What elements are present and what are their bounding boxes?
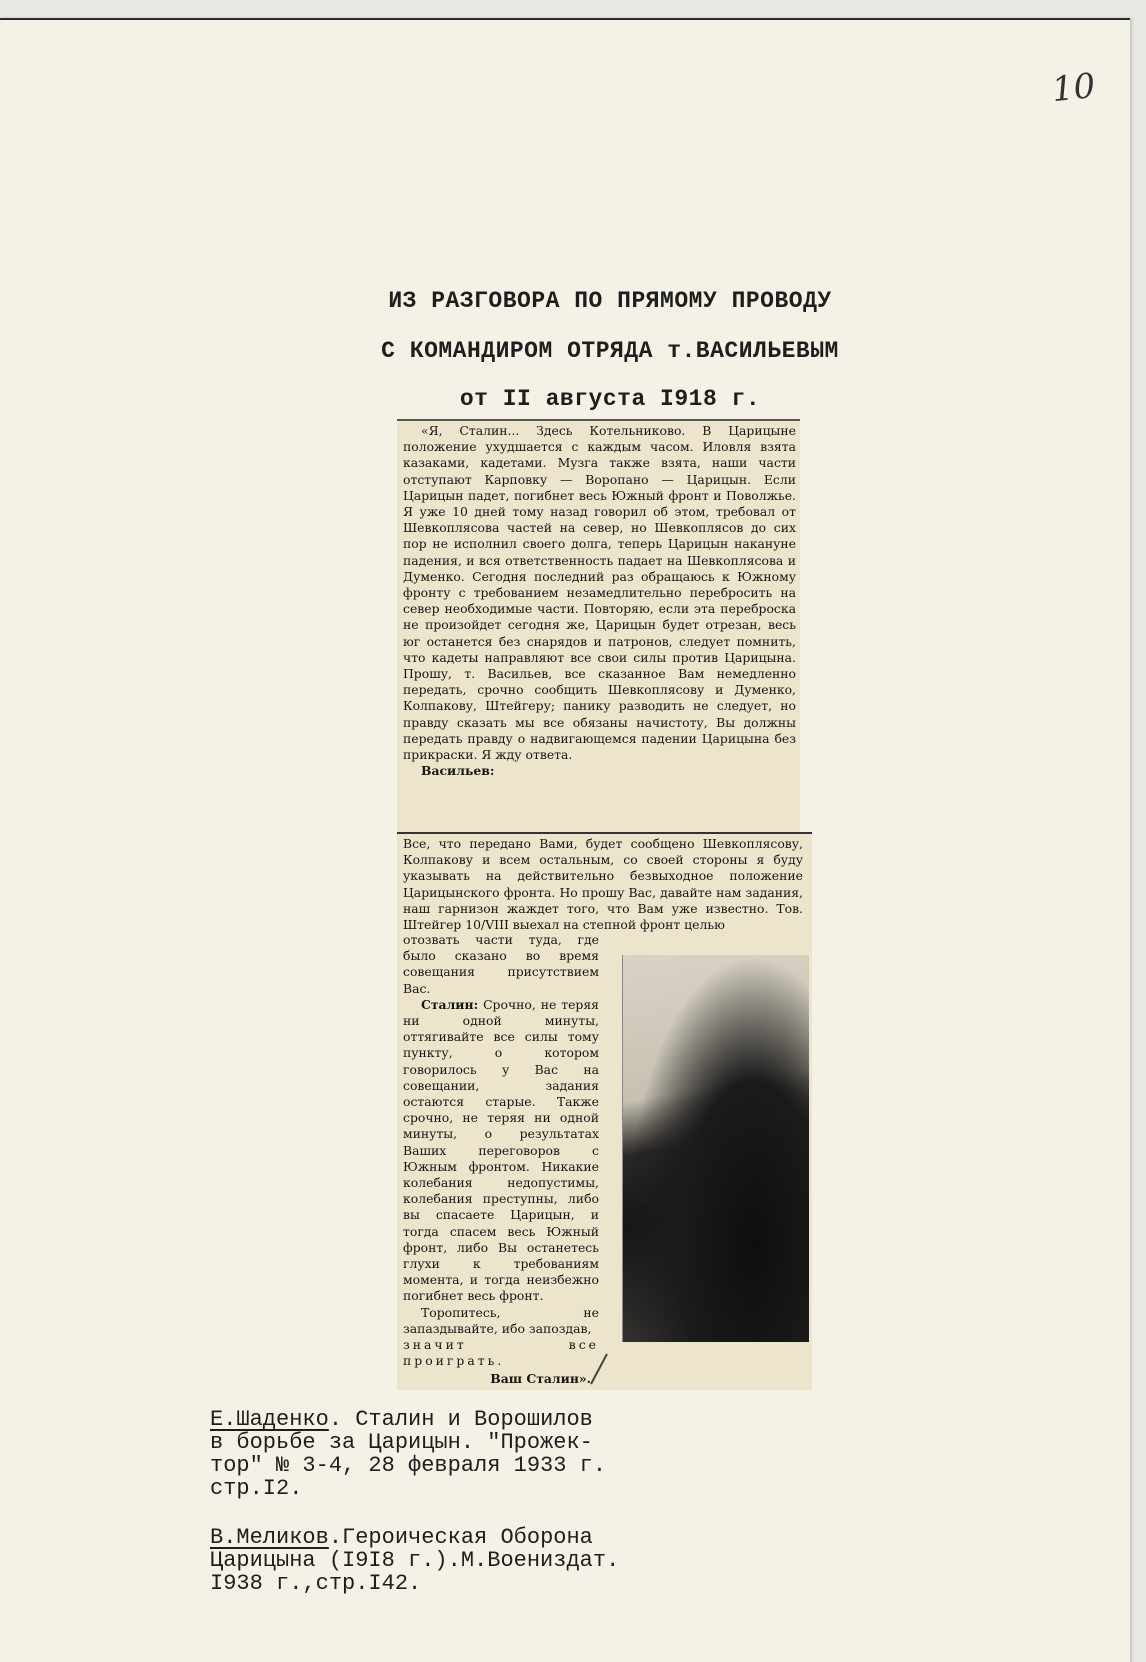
citation-2-author: В.Меликов: [210, 1525, 329, 1550]
citation-1-author: Е.Шаденко: [210, 1407, 329, 1432]
document-title-line-1: ИЗ РАЗГОВОРА ПО ПРЯМОМУ ПРОВОДУ: [330, 288, 890, 314]
newspaper-clipping-lower: Все, что передано Вами, будет сообщено Ш…: [397, 832, 812, 1390]
stalin-signature: Ваш Сталин».: [403, 1371, 599, 1387]
stalin-reply-text: Срочно, не теряя ни одной минуты, оттяги…: [403, 997, 599, 1304]
narrow-column: отозвать части туда, где было сказано во…: [403, 932, 599, 1388]
document-title-line-3: от II августа I918 г.: [330, 386, 890, 412]
stalin-message: «Я, Сталин... Здесь Котельниково. В Цари…: [403, 423, 796, 763]
closing-line: Торопитесь, не запаздывайте, ибо запозда…: [403, 1305, 599, 1337]
citation-1: Е.Шаденко. Сталин и Ворошилов в борьбе з…: [210, 1408, 730, 1500]
vasiliev-reply-continued: Все, что передано Вами, будет сообщено Ш…: [403, 836, 803, 933]
citation-2: В.Меликов.Героическая Оборона Царицына (…: [210, 1526, 730, 1595]
closing-spaced-line: значит все проиграть.: [403, 1337, 599, 1369]
stalin-reply: Сталин: Срочно, не теряя ни одной минуты…: [403, 997, 599, 1305]
vasiliev-reply-start: Васильев:: [403, 763, 796, 779]
document-page: 10 ИЗ РАЗГОВОРА ПО ПРЯМОМУ ПРОВОДУ С КОМ…: [0, 18, 1130, 1662]
newspaper-photo: [622, 955, 809, 1342]
newspaper-clipping-upper: «Я, Сталин... Здесь Котельниково. В Цари…: [397, 419, 800, 832]
speaker-vasiliev: Васильев:: [421, 763, 494, 778]
handwritten-page-number: 10: [1050, 66, 1097, 110]
document-title-line-2: С КОМАНДИРОМ ОТРЯДА т.ВАСИЛЬЕВЫМ: [330, 338, 890, 364]
speaker-stalin: Сталин:: [421, 997, 478, 1012]
vasiliev-reply-end: отозвать части туда, где было сказано во…: [403, 932, 599, 997]
